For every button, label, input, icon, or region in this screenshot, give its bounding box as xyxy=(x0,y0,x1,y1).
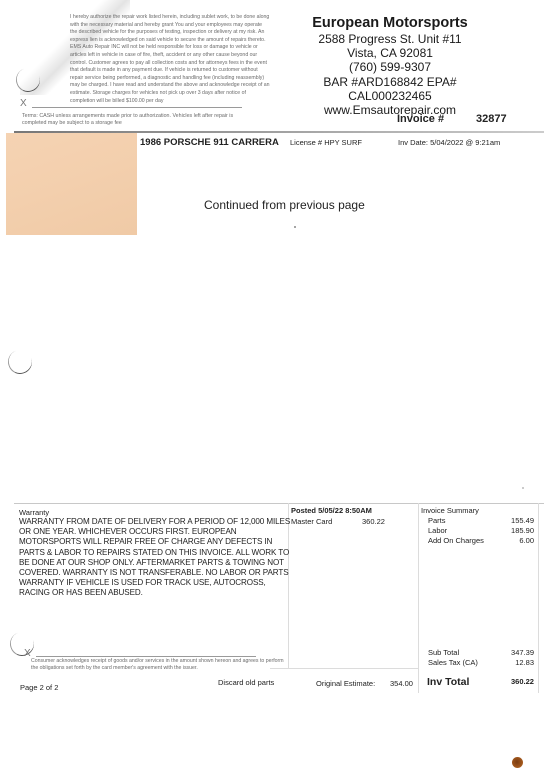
summary-value: 155.49 xyxy=(511,516,534,525)
summary-value: 347.39 xyxy=(511,648,534,657)
company-licenses: BAR #ARD168842 EPA# CAL000232465 xyxy=(290,75,490,103)
punch-hole-icon xyxy=(5,347,36,378)
signature-x-mark: X xyxy=(20,98,27,109)
coffee-stain-mark xyxy=(512,757,523,768)
authorization-terms: I hereby authorize the repair work liste… xyxy=(70,14,270,105)
column-divider xyxy=(418,503,419,693)
payment-posted-date: Posted 5/05/22 8:50AM xyxy=(291,506,372,515)
company-website[interactable]: www.Emsautorepair.com xyxy=(290,103,490,117)
license-plate: License # HPY SURF xyxy=(290,138,362,147)
summary-label: Parts xyxy=(428,516,446,525)
original-estimate-label: Original Estimate: xyxy=(316,679,375,688)
company-city: Vista, CA 92081 xyxy=(290,46,490,60)
summary-label: Add On Charges xyxy=(428,536,484,545)
summary-row-subtotal: Sub Total 347.39 xyxy=(428,648,534,657)
column-divider xyxy=(538,503,539,693)
payment-amount: 360.22 xyxy=(362,517,385,526)
card-signature-line[interactable] xyxy=(36,656,256,657)
redacted-customer-info xyxy=(6,133,137,235)
invoice-total-value: 360.22 xyxy=(511,677,534,686)
summary-row-add-on-charges: Add On Charges 6.00 xyxy=(428,536,534,545)
summary-row-parts: Parts 155.49 xyxy=(428,516,534,525)
invoice-number: 32877 xyxy=(476,113,507,125)
page-indicator: Page 2 of 2 xyxy=(20,683,58,692)
summary-value: 185.90 xyxy=(511,526,534,535)
summary-row-labor: Labor 185.90 xyxy=(428,526,534,535)
scan-speck xyxy=(294,226,296,228)
punch-hole-icon xyxy=(7,629,38,660)
company-name: European Motorsports xyxy=(290,14,490,32)
original-estimate-value: 354.00 xyxy=(390,679,413,688)
discard-old-parts: Discard old parts xyxy=(218,678,274,687)
row-divider xyxy=(270,668,418,669)
invoice-summary-title: Invoice Summary xyxy=(421,506,479,515)
payment-method: Master Card xyxy=(291,517,332,526)
signature-x-mark: X xyxy=(24,648,31,659)
company-phone: (760) 599-9307 xyxy=(290,60,490,74)
company-block: European Motorsports 2588 Progress St. U… xyxy=(290,14,490,117)
summary-value: 12.83 xyxy=(515,658,534,667)
vehicle-description: 1986 PORSCHE 911 CARRERA xyxy=(140,137,279,148)
authorization-signature-line[interactable] xyxy=(32,107,242,108)
warranty-text: WARRANTY FROM DATE OF DELIVERY FOR A PER… xyxy=(19,517,291,599)
summary-value: 6.00 xyxy=(519,536,534,545)
warranty-title: Warranty xyxy=(19,508,49,517)
scan-speck xyxy=(522,487,524,489)
bottom-section-top-border xyxy=(14,503,544,504)
invoice-total-label: Inv Total xyxy=(427,676,469,688)
invoice-number-label: Invoice # xyxy=(397,113,444,125)
company-address: 2588 Progress St. Unit #11 xyxy=(290,32,490,46)
summary-label: Labor xyxy=(428,526,447,535)
continued-note: Continued from previous page xyxy=(204,198,365,212)
summary-label: Sub Total xyxy=(428,648,459,657)
summary-row-sales-tax: Sales Tax (CA) 12.83 xyxy=(428,658,534,667)
payment-terms: Terms: CASH unless arrangements made pri… xyxy=(22,113,242,127)
invoice-date: Inv Date: 5/04/2022 @ 9:21am xyxy=(398,138,500,147)
summary-label: Sales Tax (CA) xyxy=(428,658,478,667)
consumer-acknowledgement: Consumer acknowledges receipt of goods a… xyxy=(31,658,291,672)
